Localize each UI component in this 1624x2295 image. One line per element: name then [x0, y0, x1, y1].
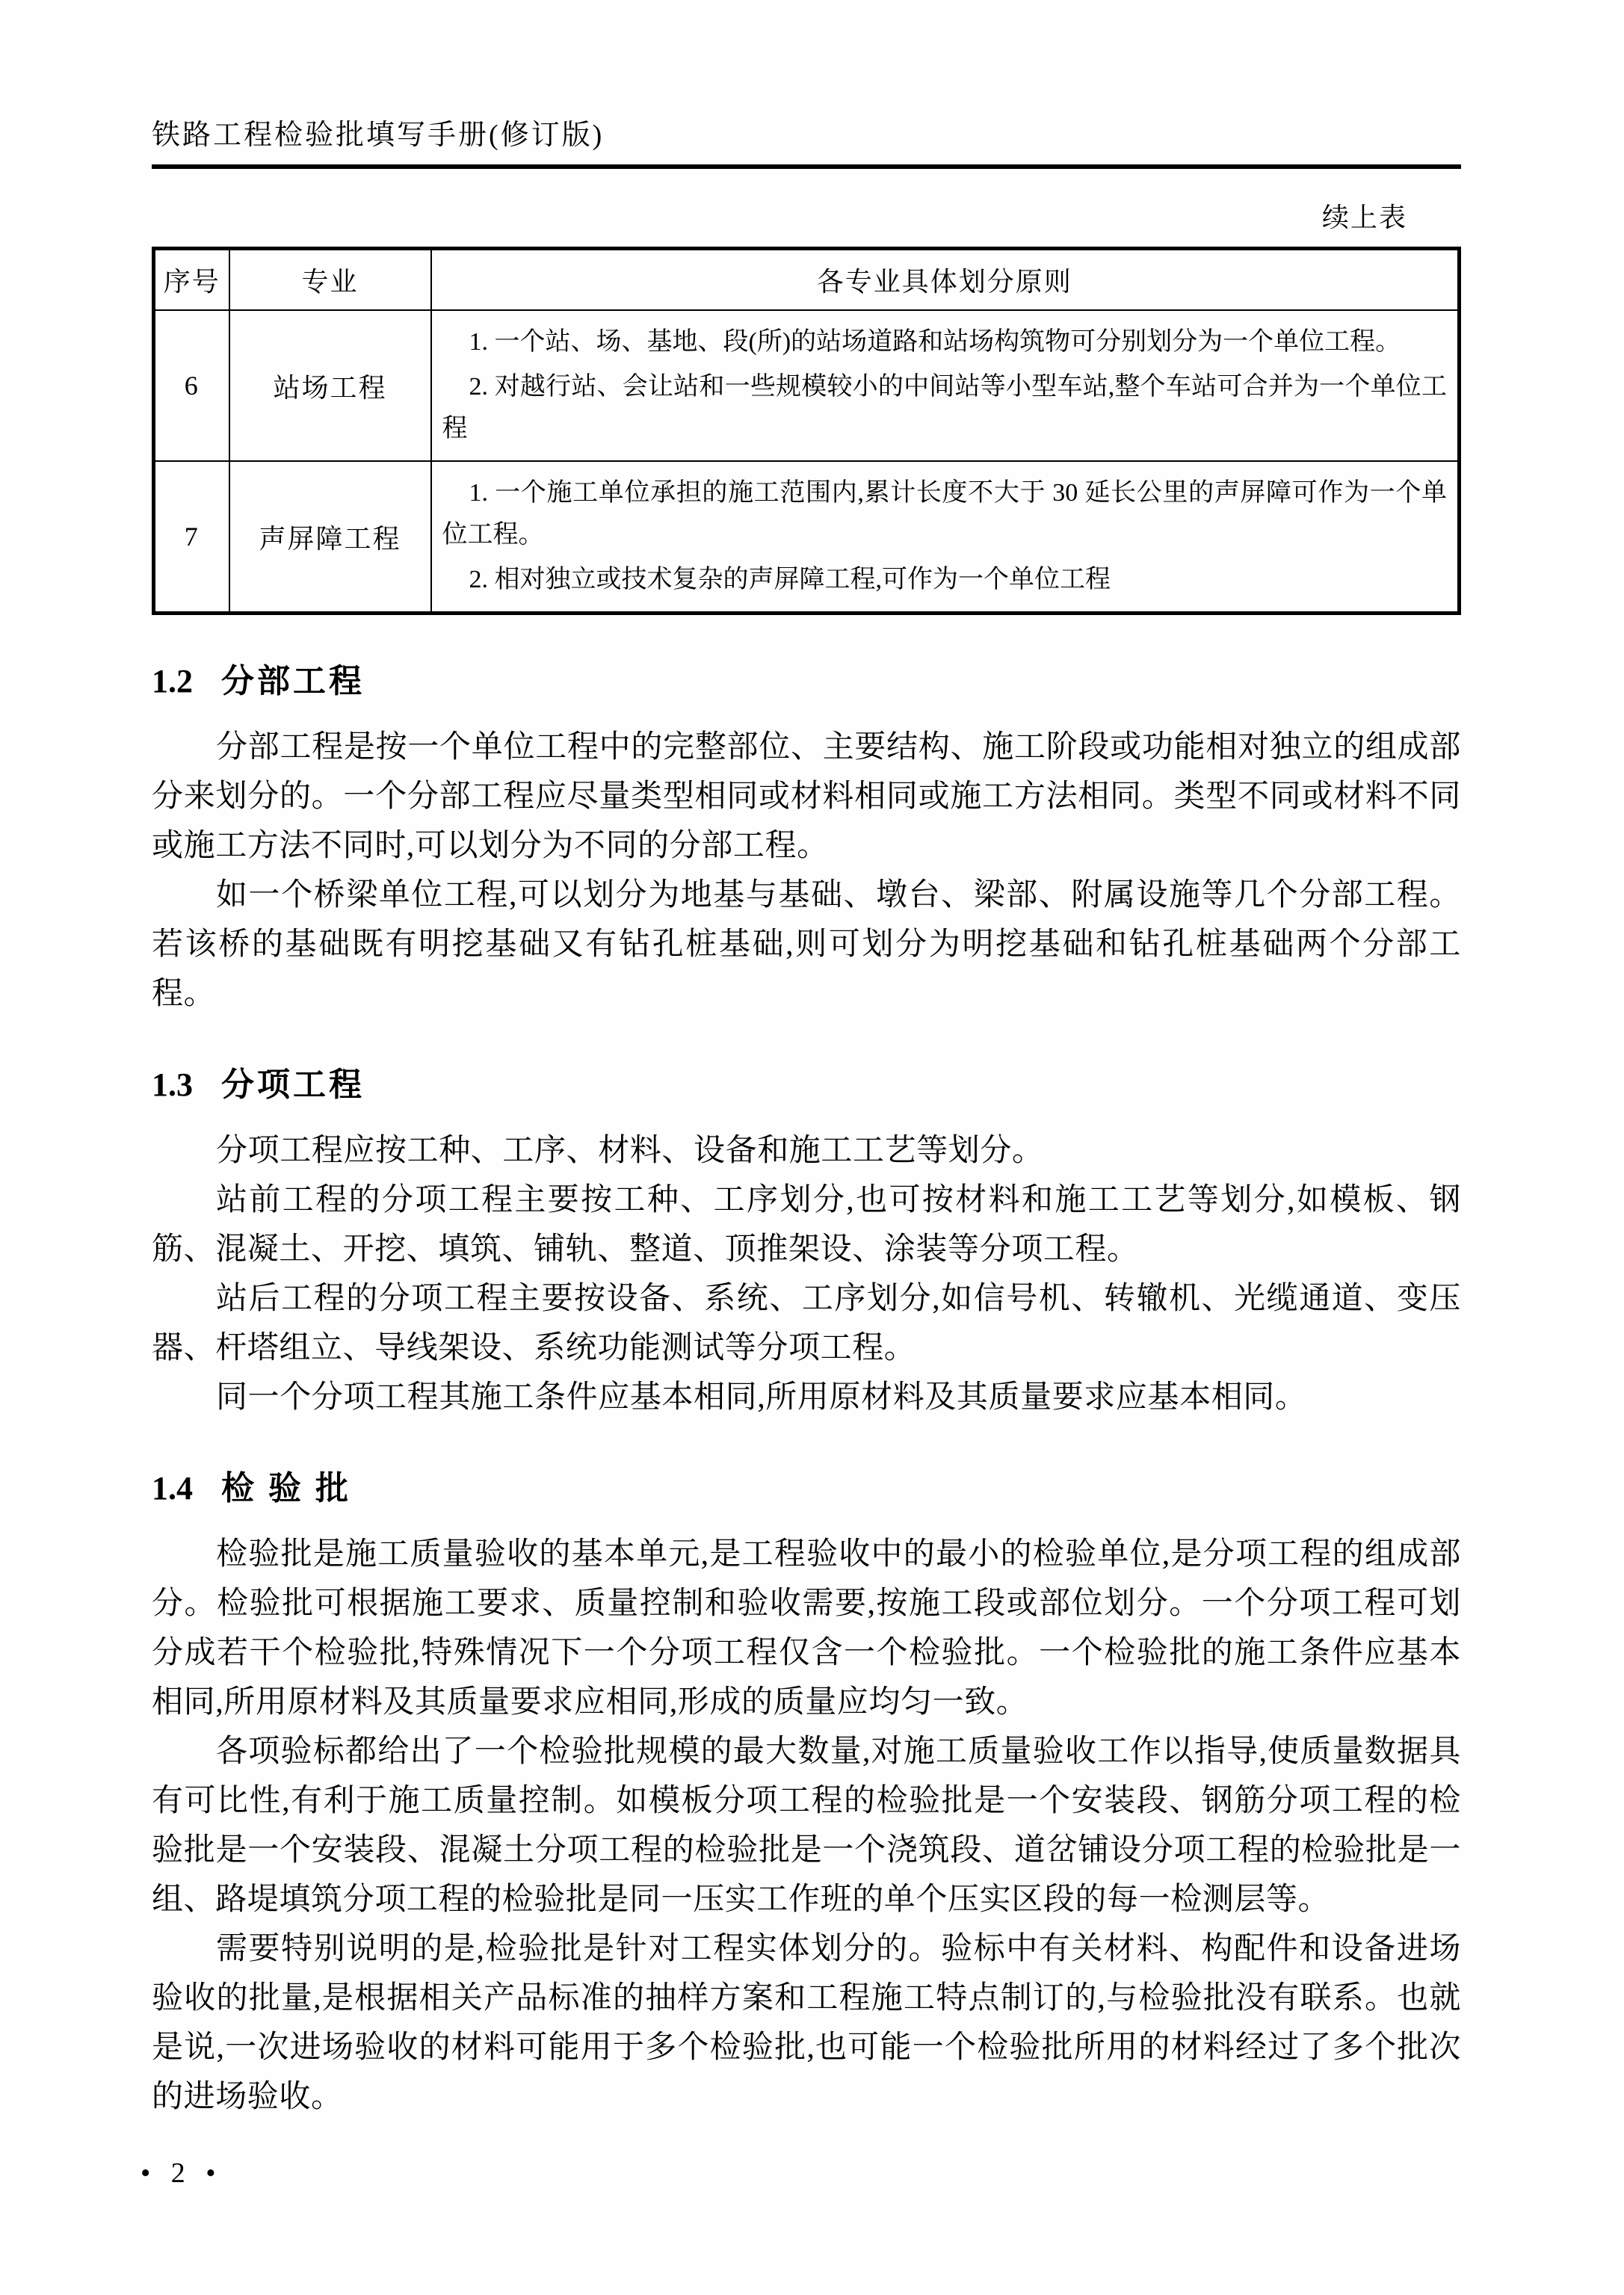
division-principles-table: 序号 专业 各专业具体划分原则 6 站场工程 1. 一个站、场、基地、段(所)的…	[152, 247, 1461, 615]
principle-item: 1. 一个施工单位承担的施工范围内,累计长度不大于 30 延长公里的声屏障可作为…	[442, 472, 1448, 556]
row-principles: 1. 一个站、场、基地、段(所)的站场道路和站场构筑物可分别划分为一个单位工程。…	[431, 310, 1460, 461]
row-principles: 1. 一个施工单位承担的施工范围内,累计长度不大于 30 延长公里的声屏障可作为…	[431, 461, 1460, 614]
body-paragraph: 站前工程的分项工程主要按工种、工序划分,也可按材料和施工工艺等划分,如模板、钢筋…	[152, 1176, 1461, 1274]
body-paragraph: 检验批是施工质量验收的基本单元,是工程验收中的最小的检验单位,是分项工程的组成部…	[152, 1530, 1461, 1727]
table-row: 7 声屏障工程 1. 一个施工单位承担的施工范围内,累计长度不大于 30 延长公…	[154, 461, 1460, 614]
section-title: 分项工程	[221, 1066, 365, 1103]
page-number: • 2 •	[141, 2157, 216, 2190]
section-number: 1.3	[152, 1066, 193, 1103]
section-number: 1.2	[152, 663, 193, 699]
table-row: 6 站场工程 1. 一个站、场、基地、段(所)的站场道路和站场构筑物可分别划分为…	[154, 310, 1460, 461]
header-rule	[152, 164, 1461, 169]
column-header-specialty: 专业	[229, 249, 431, 311]
section-number: 1.4	[152, 1470, 193, 1507]
body-paragraph: 站后工程的分项工程主要按设备、系统、工序划分,如信号机、转辙机、光缆通道、变压器…	[152, 1274, 1461, 1373]
row-specialty: 声屏障工程	[229, 461, 431, 614]
row-seq: 7	[154, 461, 229, 614]
section-title: 分部工程	[221, 663, 365, 699]
section-heading: 1.4检 验 批	[152, 1468, 1461, 1509]
principle-item: 2. 相对独立或技术复杂的声屏障工程,可作为一个单位工程	[442, 559, 1448, 601]
body-paragraph: 需要特别说明的是,检验批是针对工程实体划分的。验标中有关材料、构配件和设备进场验…	[152, 1924, 1461, 2122]
section-heading: 1.3分项工程	[152, 1065, 1461, 1105]
table-continuation-note: 续上表	[152, 200, 1461, 235]
section-1-3: 1.3分项工程 分项工程应按工种、工序、材料、设备和施工工艺等划分。 站前工程的…	[152, 1065, 1461, 1422]
section-title: 检 验 批	[221, 1470, 351, 1507]
column-header-seq: 序号	[154, 249, 229, 311]
body-paragraph: 同一个分项工程其施工条件应基本相同,所用原材料及其质量要求应基本相同。	[152, 1373, 1461, 1422]
section-heading: 1.2分部工程	[152, 661, 1461, 702]
section-1-2: 1.2分部工程 分部工程是按一个单位工程中的完整部位、主要结构、施工阶段或功能相…	[152, 661, 1461, 1019]
column-header-principles: 各专业具体划分原则	[431, 249, 1460, 311]
section-1-4: 1.4检 验 批 检验批是施工质量验收的基本单元,是工程验收中的最小的检验单位,…	[152, 1468, 1461, 2122]
table-header-row: 序号 专业 各专业具体划分原则	[154, 249, 1460, 311]
row-seq: 6	[154, 310, 229, 461]
page-content: 铁路工程检验批填写手册(修订版) 续上表 序号 专业 各专业具体划分原则 6 站…	[152, 0, 1461, 2122]
principle-item: 1. 一个站、场、基地、段(所)的站场道路和站场构筑物可分别划分为一个单位工程。	[442, 321, 1448, 363]
body-paragraph: 分项工程应按工种、工序、材料、设备和施工工艺等划分。	[152, 1126, 1461, 1176]
body-paragraph: 分部工程是按一个单位工程中的完整部位、主要结构、施工阶段或功能相对独立的组成部分…	[152, 723, 1461, 871]
running-header: 铁路工程检验批填写手册(修订版)	[152, 117, 1461, 154]
principle-item: 2. 对越行站、会让站和一些规模较小的中间站等小型车站,整个车站可合并为一个单位…	[442, 366, 1448, 450]
body-paragraph: 各项验标都给出了一个检验批规模的最大数量,对施工质量验收工作以指导,使质量数据具…	[152, 1727, 1461, 1924]
row-specialty: 站场工程	[229, 310, 431, 461]
body-paragraph: 如一个桥梁单位工程,可以划分为地基与基础、墩台、梁部、附属设施等几个分部工程。若…	[152, 871, 1461, 1019]
